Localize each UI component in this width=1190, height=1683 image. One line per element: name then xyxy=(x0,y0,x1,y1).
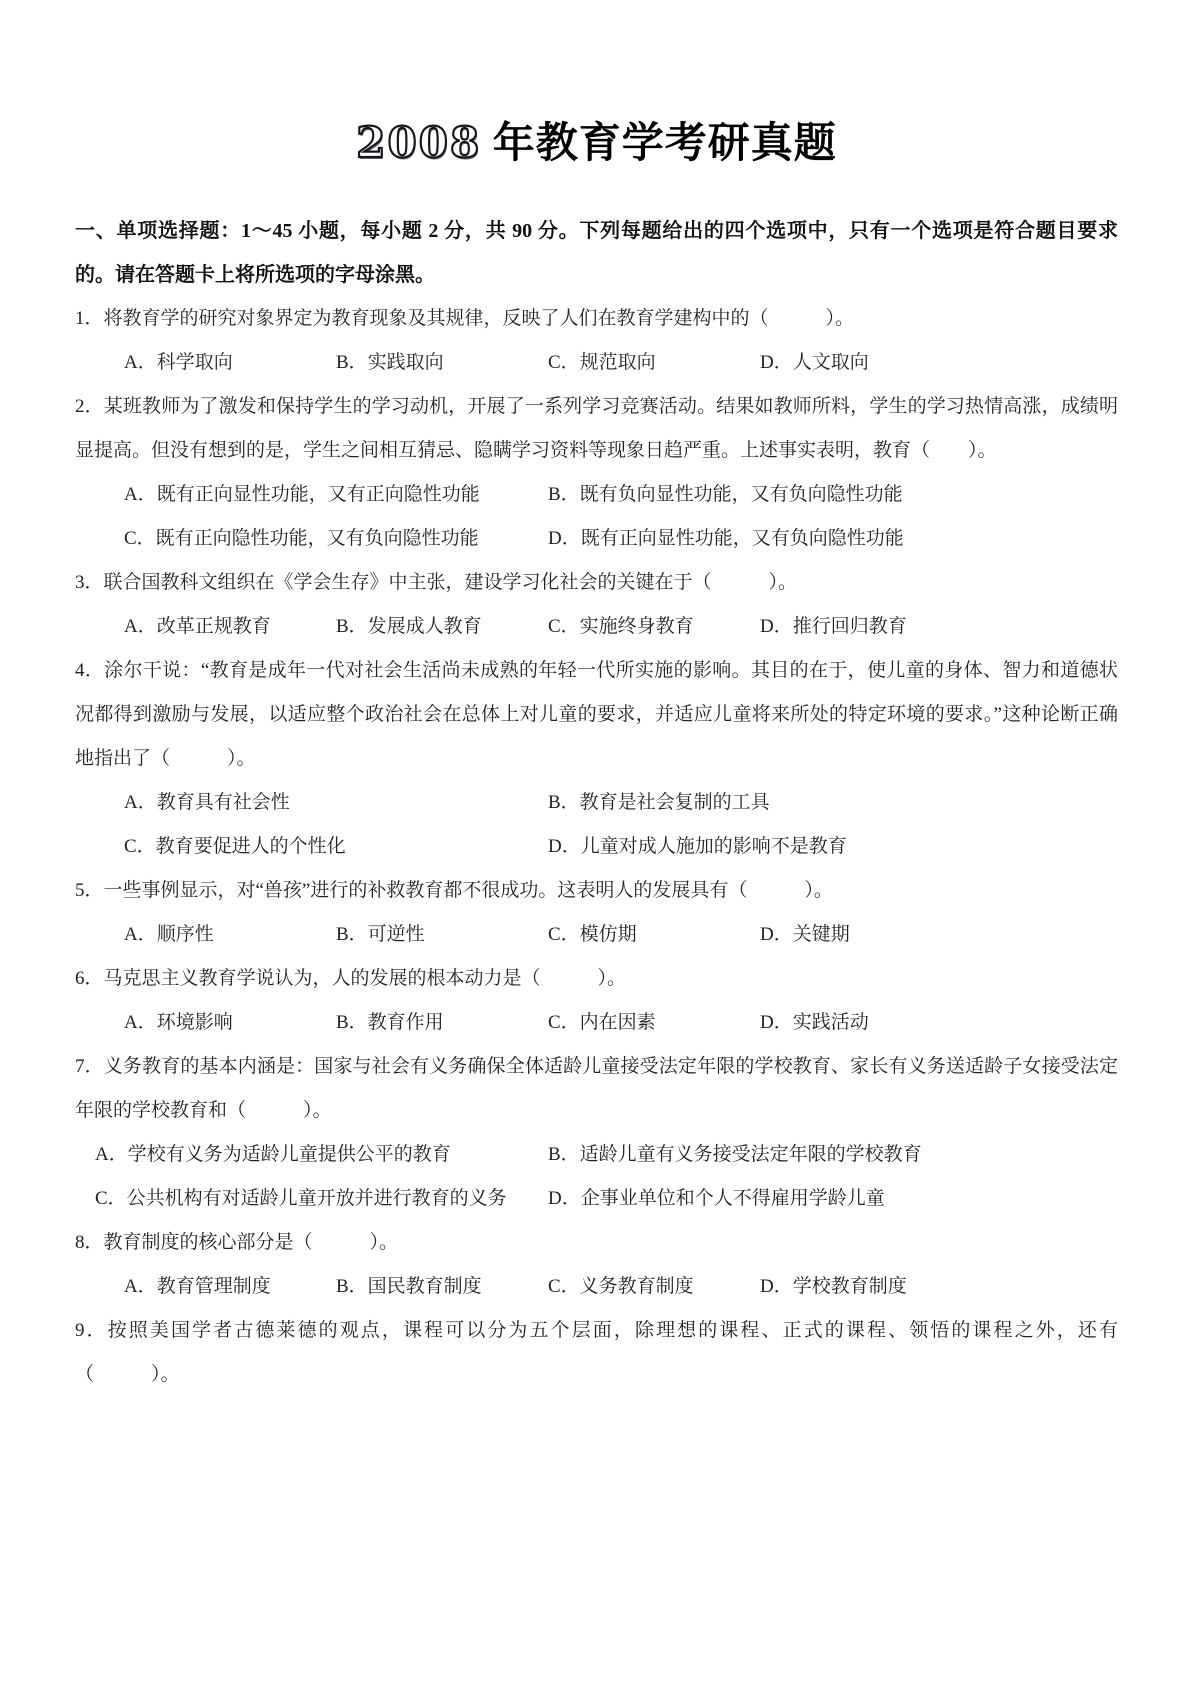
question-5-option-b: B．可逆性 xyxy=(336,913,548,957)
question-2: 2．某班教师为了激发和保持学生的学习动机，开展了一系列学习竞赛活动。结果如教师所… xyxy=(75,385,1118,561)
question-4-option-c: C．教育要促进人的个性化 xyxy=(124,825,548,869)
question-5-text: 5．一些事例显示，对“兽孩”进行的补救教育都不很成功。这表明人的发展具有（ ）。 xyxy=(75,869,1118,913)
question-1-option-a: A．科学取向 xyxy=(124,341,336,385)
question-6-options: A．环境影响 B．教育作用 C．内在因素 D．实践活动 xyxy=(124,1001,1118,1045)
question-8-option-c: C．义务教育制度 xyxy=(548,1265,760,1309)
question-8-options: A．教育管理制度 B．国民教育制度 C．义务教育制度 D．学校教育制度 xyxy=(124,1265,1118,1309)
section-instructions: 一、单项选择题：1～45 小题，每小题 2 分，共 90 分。下列每题给出的四个… xyxy=(75,209,1118,297)
question-5: 5．一些事例显示，对“兽孩”进行的补救教育都不很成功。这表明人的发展具有（ ）。… xyxy=(75,869,1118,957)
question-5-options: A．顺序性 B．可逆性 C．模仿期 D．关键期 xyxy=(124,913,1118,957)
question-7-options: A．学校有义务为适龄儿童提供公平的教育 B．适龄儿童有义务接受法定年限的学校教育… xyxy=(95,1133,1118,1221)
question-3: 3．联合国教科文组织在《学会生存》中主张，建设学习化社会的关键在于（ ）。 A．… xyxy=(75,561,1118,649)
question-1-option-c: C．规范取向 xyxy=(548,341,760,385)
question-8-option-d: D．学校教育制度 xyxy=(760,1265,1118,1309)
question-7-text: 7．义务教育的基本内涵是：国家与社会有义务确保全体适龄儿童接受法定年限的学校教育… xyxy=(75,1045,1118,1133)
question-6: 6．马克思主义教育学说认为，人的发展的根本动力是（ ）。 A．环境影响 B．教育… xyxy=(75,957,1118,1045)
question-6-option-b: B．教育作用 xyxy=(336,1001,548,1045)
question-2-option-c: C．既有正向隐性功能，又有负向隐性功能 xyxy=(124,517,548,561)
question-8-option-a: A．教育管理制度 xyxy=(124,1265,336,1309)
question-3-text: 3．联合国教科文组织在《学会生存》中主张，建设学习化社会的关键在于（ ）。 xyxy=(75,561,1118,605)
question-4-options: A．教育具有社会性 B．教育是社会复制的工具 C．教育要促进人的个性化 D．儿童… xyxy=(124,781,1118,869)
question-7-option-c: C．公共机构有对适龄儿童开放并进行教育的义务 xyxy=(95,1177,548,1221)
question-3-option-a: A．改革正规教育 xyxy=(124,605,336,649)
question-4-option-a: A．教育具有社会性 xyxy=(124,781,548,825)
question-3-option-b: B．发展成人教育 xyxy=(336,605,548,649)
document-page: 2008 年教育学考研真题 一、单项选择题：1～45 小题，每小题 2 分，共 … xyxy=(0,0,1190,1683)
question-9: 9．按照美国学者古德莱德的观点，课程可以分为五个层面，除理想的课程、正式的课程、… xyxy=(75,1309,1118,1397)
question-4-text: 4．涂尔干说：“教育是成年一代对社会生活尚未成熟的年轻一代所实施的影响。其目的在… xyxy=(75,649,1118,781)
question-7-option-a: A．学校有义务为适龄儿童提供公平的教育 xyxy=(95,1133,548,1177)
question-6-option-a: A．环境影响 xyxy=(124,1001,336,1045)
question-3-option-d: D．推行回归教育 xyxy=(760,605,1118,649)
question-4-option-d: D．儿童对成人施加的影响不是教育 xyxy=(548,825,1118,869)
question-2-options: A．既有正向显性功能，又有正向隐性功能 B．既有负向显性功能，又有负向隐性功能 … xyxy=(124,473,1118,561)
question-8-text: 8．教育制度的核心部分是（ ）。 xyxy=(75,1221,1118,1265)
page-title-year: 2008 xyxy=(356,118,481,167)
question-7-option-b: B．适龄儿童有义务接受法定年限的学校教育 xyxy=(548,1133,1118,1177)
page-title-text: 年教育学考研真题 xyxy=(481,121,837,167)
question-6-option-c: C．内在因素 xyxy=(548,1001,760,1045)
question-7-option-d: D．企事业单位和个人不得雇用学龄儿童 xyxy=(548,1177,1118,1221)
question-6-option-d: D．实践活动 xyxy=(760,1001,1118,1045)
question-1-option-b: B．实践取向 xyxy=(336,341,548,385)
question-3-option-c: C．实施终身教育 xyxy=(548,605,760,649)
question-1: 1．将教育学的研究对象界定为教育现象及其规律，反映了人们在教育学建构中的（ ）。… xyxy=(75,297,1118,385)
question-1-options: A．科学取向 B．实践取向 C．规范取向 D．人文取向 xyxy=(124,341,1118,385)
question-2-text: 2．某班教师为了激发和保持学生的学习动机，开展了一系列学习竞赛活动。结果如教师所… xyxy=(75,385,1118,473)
question-3-options: A．改革正规教育 B．发展成人教育 C．实施终身教育 D．推行回归教育 xyxy=(124,605,1118,649)
question-8: 8．教育制度的核心部分是（ ）。 A．教育管理制度 B．国民教育制度 C．义务教… xyxy=(75,1221,1118,1309)
question-6-text: 6．马克思主义教育学说认为，人的发展的根本动力是（ ）。 xyxy=(75,957,1118,1001)
question-9-text: 9．按照美国学者古德莱德的观点，课程可以分为五个层面，除理想的课程、正式的课程、… xyxy=(75,1309,1118,1397)
question-1-text: 1．将教育学的研究对象界定为教育现象及其规律，反映了人们在教育学建构中的（ ）。 xyxy=(75,297,1118,341)
question-5-option-d: D．关键期 xyxy=(760,913,1118,957)
question-4: 4．涂尔干说：“教育是成年一代对社会生活尚未成熟的年轻一代所实施的影响。其目的在… xyxy=(75,649,1118,869)
question-1-option-d: D．人文取向 xyxy=(760,341,1118,385)
page-title: 2008 年教育学考研真题 xyxy=(75,118,1118,169)
question-5-option-a: A．顺序性 xyxy=(124,913,336,957)
question-7: 7．义务教育的基本内涵是：国家与社会有义务确保全体适龄儿童接受法定年限的学校教育… xyxy=(75,1045,1118,1221)
question-8-option-b: B．国民教育制度 xyxy=(336,1265,548,1309)
question-2-option-b: B．既有负向显性功能，又有负向隐性功能 xyxy=(548,473,1118,517)
question-5-option-c: C．模仿期 xyxy=(548,913,760,957)
question-2-option-a: A．既有正向显性功能，又有正向隐性功能 xyxy=(124,473,548,517)
question-2-option-d: D．既有正向显性功能，又有负向隐性功能 xyxy=(548,517,1118,561)
question-4-option-b: B．教育是社会复制的工具 xyxy=(548,781,1118,825)
